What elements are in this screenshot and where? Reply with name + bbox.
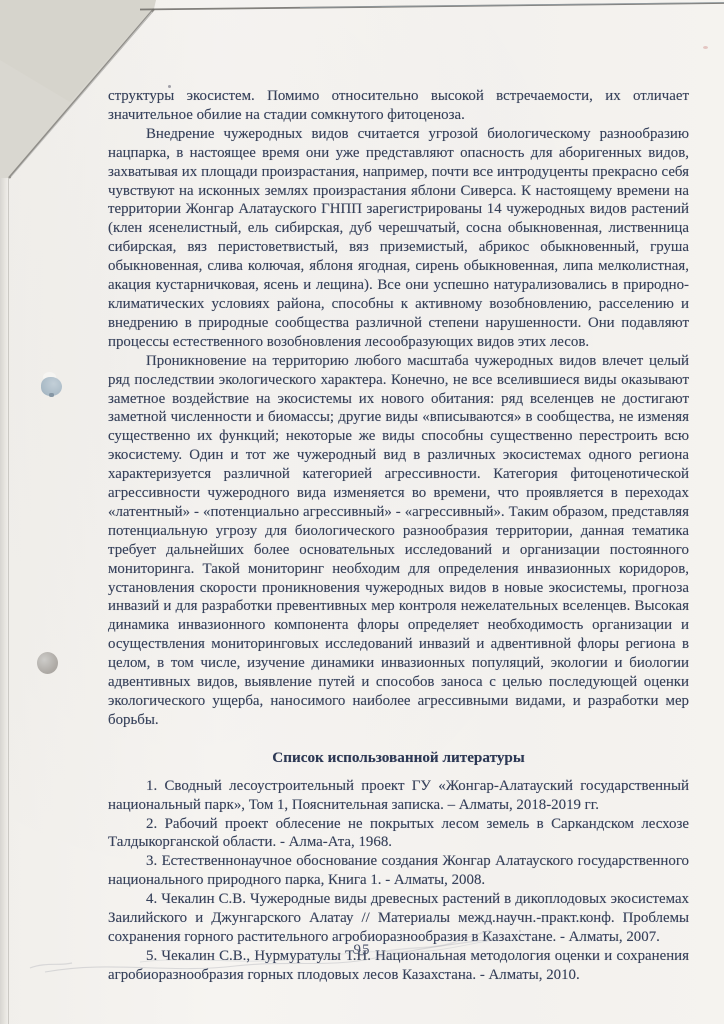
pencil-smudge <box>0 0 724 1024</box>
scanned-document-page: структуры экосистем. Помимо относительно… <box>0 0 724 1024</box>
